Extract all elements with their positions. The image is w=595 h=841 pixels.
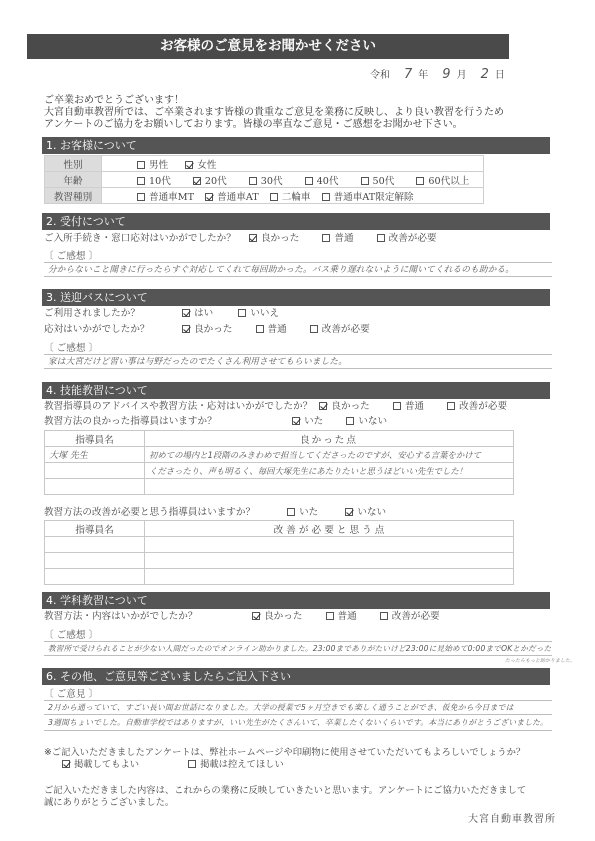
good-points-cell[interactable]: 初めての場内と1段階のみきわめで担当してくださったのですが、安心する言葉をかけて xyxy=(145,447,514,463)
checkbox-icon[interactable] xyxy=(137,161,145,169)
checkbox-checked-icon[interactable] xyxy=(182,325,190,333)
bus-service-question: 応対はいかがでしたか？ xyxy=(44,323,179,336)
option-good[interactable]: 良かった xyxy=(182,323,232,336)
option-motorcycle[interactable]: 二輪車 xyxy=(270,189,311,203)
checkbox-checked-icon[interactable] xyxy=(62,760,70,768)
option-average[interactable]: 普通 xyxy=(326,610,357,623)
option-yes[interactable]: いた xyxy=(292,415,323,428)
checkbox-checked-icon[interactable] xyxy=(193,177,201,185)
consent-options: 掲載してもよい 掲載は控えてほしい xyxy=(62,759,298,771)
instructor-name-cell[interactable]: 大塚 先生 xyxy=(45,447,145,463)
option-no[interactable]: いない xyxy=(346,415,387,428)
bus-comment[interactable]: 家は大宮だけど習い事は与野だったのでたくさん利用させてもらいました。 xyxy=(44,354,552,369)
column-header-improvement-points: 改 善 が 必 要 と 思 う 点 xyxy=(145,521,514,537)
good-points-cell[interactable] xyxy=(145,479,514,495)
option-needs-improvement[interactable]: 改善が必要 xyxy=(447,400,507,413)
checkbox-checked-icon[interactable] xyxy=(319,402,327,410)
table-row: くださったり、声も明るく、毎回大塚先生にあたりたいと思うほどいい先生でした！ xyxy=(45,463,514,479)
section-heading-customer: 1. お客様について xyxy=(42,137,550,154)
column-header-good-points: 良かった点 xyxy=(145,431,514,447)
date-year[interactable]: 7 xyxy=(404,67,412,82)
improvement-points-cell[interactable] xyxy=(145,569,514,585)
instructor-name-cell[interactable] xyxy=(45,537,145,553)
option-average[interactable]: 普通 xyxy=(322,232,353,245)
column-header-instructor: 指導員名 xyxy=(45,431,145,447)
checkbox-icon[interactable] xyxy=(188,760,196,768)
checkbox-icon[interactable] xyxy=(346,417,354,425)
date-month-unit: 月 xyxy=(457,70,467,81)
option-female[interactable]: 女性 xyxy=(185,157,216,171)
checkbox-icon[interactable] xyxy=(310,325,318,333)
option-no[interactable]: いない xyxy=(345,506,386,519)
instructor-name-cell[interactable] xyxy=(45,463,145,479)
comment-label: 〔 ご感想 〕 xyxy=(44,340,98,354)
checkbox-icon[interactable] xyxy=(416,177,424,185)
option-regular-at[interactable]: 普通車AT xyxy=(205,189,259,203)
checkbox-icon[interactable] xyxy=(249,177,257,185)
other-comment-line-1[interactable]: 2月から通っていて、すごい長い間お世話になりました。大学の授業で5ヶ月空きでも楽… xyxy=(44,700,552,715)
option-40s[interactable]: 40代 xyxy=(305,173,339,187)
course-type-row: 教習種別 普通車MT 普通車AT 二輪車 普通車AT限定解除 xyxy=(45,188,484,204)
age-label: 年齢 xyxy=(45,172,102,188)
improvement-points-cell[interactable] xyxy=(145,553,514,569)
section-heading-classroom-lessons: 4. 学科教習について xyxy=(42,592,550,609)
checkbox-checked-icon[interactable] xyxy=(185,161,193,169)
checkbox-icon[interactable] xyxy=(137,193,145,201)
column-header-instructor: 指導員名 xyxy=(45,521,145,537)
good-instructor-question: 教習方法の良かった指導員はいますか？ xyxy=(44,415,289,428)
checkbox-icon[interactable] xyxy=(361,177,369,185)
table-header: 指導員名 良かった点 xyxy=(45,431,514,447)
table-header: 指導員名 改 善 が 必 要 と 思 う 点 xyxy=(45,521,514,537)
checkbox-checked-icon[interactable] xyxy=(345,508,353,516)
option-needs-improvement[interactable]: 改善が必要 xyxy=(380,610,440,623)
closing-line-1: ご記入いただきました内容は、これからの業務に反映していきたいと思います。アンケー… xyxy=(44,785,526,797)
date-year-unit: 年 xyxy=(418,70,428,81)
option-good[interactable]: 良かった xyxy=(252,610,302,623)
option-yes[interactable]: はい xyxy=(182,307,213,320)
checkbox-checked-icon[interactable] xyxy=(292,417,300,425)
classroom-question-row: 教習方法・内容はいかがでしたか？ 良かった 普通 改善が必要 xyxy=(44,610,454,623)
customer-info-table: 性別 男性 女性 年齢 10代 20代 30代 40代 50代 60代以上 教習… xyxy=(44,155,484,204)
classroom-comment-note: たったらもっと助かりました。 xyxy=(505,657,575,664)
option-at-limit-removal[interactable]: 普通車AT限定解除 xyxy=(322,189,414,203)
reception-question-row: ご入所手続き・窓口応対はいかがでしたか？ 良かった 普通 改善が必要 xyxy=(44,232,451,245)
gender-label: 性別 xyxy=(45,156,102,172)
option-good[interactable]: 良かった xyxy=(249,232,299,245)
instructor-name-cell[interactable] xyxy=(45,479,145,495)
form-title: お客様のご意見をお聞かせください xyxy=(27,34,509,59)
option-30s[interactable]: 30代 xyxy=(249,173,283,187)
checkbox-icon[interactable] xyxy=(238,309,246,317)
option-50s[interactable]: 50代 xyxy=(361,173,395,187)
bad-instructor-row: 教習方法の改善が必要と思う指導員はいますか？ いた いない xyxy=(44,506,400,519)
option-yes[interactable]: いた xyxy=(287,506,318,519)
checkbox-icon[interactable] xyxy=(322,234,330,242)
checkbox-icon[interactable] xyxy=(326,612,334,620)
checkbox-checked-icon[interactable] xyxy=(205,193,213,201)
course-type-options: 普通車MT 普通車AT 二輪車 普通車AT限定解除 xyxy=(102,188,484,204)
option-needs-improvement[interactable]: 改善が必要 xyxy=(377,232,437,245)
date-era: 令和 xyxy=(370,70,390,81)
comment-label: 〔 ご感想 〕 xyxy=(44,248,98,262)
checkbox-icon[interactable] xyxy=(256,325,264,333)
other-comment-line-2[interactable]: 3週間ちょいでした。自動車学校ではありますが、いい先生がたくさんいて、卒業したく… xyxy=(44,716,552,731)
date-field: 令和7年9月2日 xyxy=(370,66,505,82)
gender-options: 男性 女性 xyxy=(102,156,484,172)
date-day[interactable]: 2 xyxy=(481,67,489,82)
good-instructor-row: 教習方法の良かった指導員はいますか？ いた いない xyxy=(44,415,401,428)
table-row: 大塚 先生 初めての場内と1段階のみきわめで担当してくださったのですが、安心する… xyxy=(45,447,514,463)
table-row xyxy=(45,553,514,569)
closing-text: ご記入いただきました内容は、これからの業務に反映していきたいと思います。アンケー… xyxy=(44,785,526,808)
signature: 大宮自動車教習所 xyxy=(468,810,556,825)
option-average[interactable]: 普通 xyxy=(256,323,287,336)
section-heading-driving-lessons: 4. 技能教習について xyxy=(42,382,550,399)
intro-line-2: 大宮自動車教習所では、ご卒業されます皆様の貴重なご意見を業務に反映し、より良い教… xyxy=(44,107,564,119)
checkbox-checked-icon[interactable] xyxy=(182,309,190,317)
table-row xyxy=(45,569,514,585)
table-row xyxy=(45,537,514,553)
option-10s[interactable]: 10代 xyxy=(137,173,171,187)
option-average[interactable]: 普通 xyxy=(393,400,424,413)
section-heading-shuttle-bus: 3. 送迎バスについて xyxy=(42,289,550,306)
option-male[interactable]: 男性 xyxy=(137,157,168,171)
course-type-label: 教習種別 xyxy=(45,188,102,204)
reception-question: ご入所手続き・窓口応対はいかがでしたか？ xyxy=(44,233,236,244)
comment-label: 〔 ご感想 〕 xyxy=(44,627,98,641)
bus-service-row: 応対はいかがでしたか？ 良かった 普通 改善が必要 xyxy=(44,323,384,336)
intro-line-3: アンケートのご協力をお願いしております。皆様の率直なご意見・ご感想をお聞かせ下さ… xyxy=(44,119,564,131)
classroom-question: 教習方法・内容はいかがでしたか？ xyxy=(44,610,249,623)
closing-line-2: 誠にありがとうございました。 xyxy=(44,797,526,809)
instructor-rating-row: 教習指導員のアドバイスや教習方法・応対はいかがでしたか？ 良かった 普通 改善が… xyxy=(44,400,521,413)
option-allow-publish[interactable]: 掲載してもよい xyxy=(62,759,139,771)
option-regular-mt[interactable]: 普通車MT xyxy=(137,189,194,203)
option-no[interactable]: いいえ xyxy=(238,307,279,320)
checkbox-checked-icon[interactable] xyxy=(249,234,257,242)
checkbox-icon[interactable] xyxy=(393,402,401,410)
consent-question: ※ご記入いただきましたアンケートは、弊社ホームページや印刷物に使用させていただい… xyxy=(44,747,525,759)
good-instructor-table: 指導員名 良かった点 大塚 先生 初めての場内と1段階のみきわめで担当してくださ… xyxy=(44,430,514,495)
bad-instructor-question: 教習方法の改善が必要と思う指導員はいますか？ xyxy=(44,506,284,519)
checkbox-checked-icon[interactable] xyxy=(252,612,260,620)
option-60s-plus[interactable]: 60代以上 xyxy=(416,173,469,187)
checkbox-icon[interactable] xyxy=(287,508,295,516)
reception-comment[interactable]: 分からないこと聞きに行ったらすぐ対応してくれて毎回助かった。バス乗り遅れないよう… xyxy=(44,262,552,277)
checkbox-icon[interactable] xyxy=(322,193,330,201)
option-good[interactable]: 良かった xyxy=(319,400,369,413)
checkbox-icon[interactable] xyxy=(447,402,455,410)
age-options: 10代 20代 30代 40代 50代 60代以上 xyxy=(102,172,484,188)
date-day-unit: 日 xyxy=(495,70,505,81)
section-heading-reception: 2. 受付について xyxy=(42,213,550,230)
improvement-points-cell[interactable] xyxy=(145,537,514,553)
checkbox-icon[interactable] xyxy=(137,177,145,185)
instructor-name-cell[interactable] xyxy=(45,553,145,569)
section-heading-other: 6. その他、ご意見等ございましたらご記入下さい xyxy=(42,668,550,685)
age-row: 年齢 10代 20代 30代 40代 50代 60代以上 xyxy=(45,172,484,188)
bus-usage-row: ご利用されましたか？ はい いいえ xyxy=(44,307,293,320)
classroom-comment[interactable]: 教習所で受けられることが少ない人間だったのでオンライン助かりました。23:00ま… xyxy=(44,641,552,656)
checkbox-icon[interactable] xyxy=(305,177,313,185)
bad-instructor-table: 指導員名 改 善 が 必 要 と 思 う 点 xyxy=(44,520,514,585)
option-needs-improvement[interactable]: 改善が必要 xyxy=(310,323,370,336)
option-20s[interactable]: 20代 xyxy=(193,173,227,187)
gender-row: 性別 男性 女性 xyxy=(45,156,484,172)
intro-text: ご卒業おめでとうございます！ 大宮自動車教習所では、ご卒業されます皆様の貴重なご… xyxy=(44,95,564,131)
checkbox-icon[interactable] xyxy=(270,193,278,201)
checkbox-icon[interactable] xyxy=(377,234,385,242)
table-row xyxy=(45,479,514,495)
instructor-name-cell[interactable] xyxy=(45,569,145,585)
comment-label: 〔 ご意見 〕 xyxy=(44,686,98,700)
date-month[interactable]: 9 xyxy=(442,67,450,82)
intro-line-1: ご卒業おめでとうございます！ xyxy=(44,95,564,107)
bus-usage-question: ご利用されましたか？ xyxy=(44,307,179,320)
checkbox-icon[interactable] xyxy=(380,612,388,620)
instructor-rating-question: 教習指導員のアドバイスや教習方法・応対はいかがでしたか？ xyxy=(44,401,312,412)
option-decline-publish[interactable]: 掲載は控えてほしい xyxy=(188,759,284,771)
good-points-cell[interactable]: くださったり、声も明るく、毎回大塚先生にあたりたいと思うほどいい先生でした！ xyxy=(145,463,514,479)
